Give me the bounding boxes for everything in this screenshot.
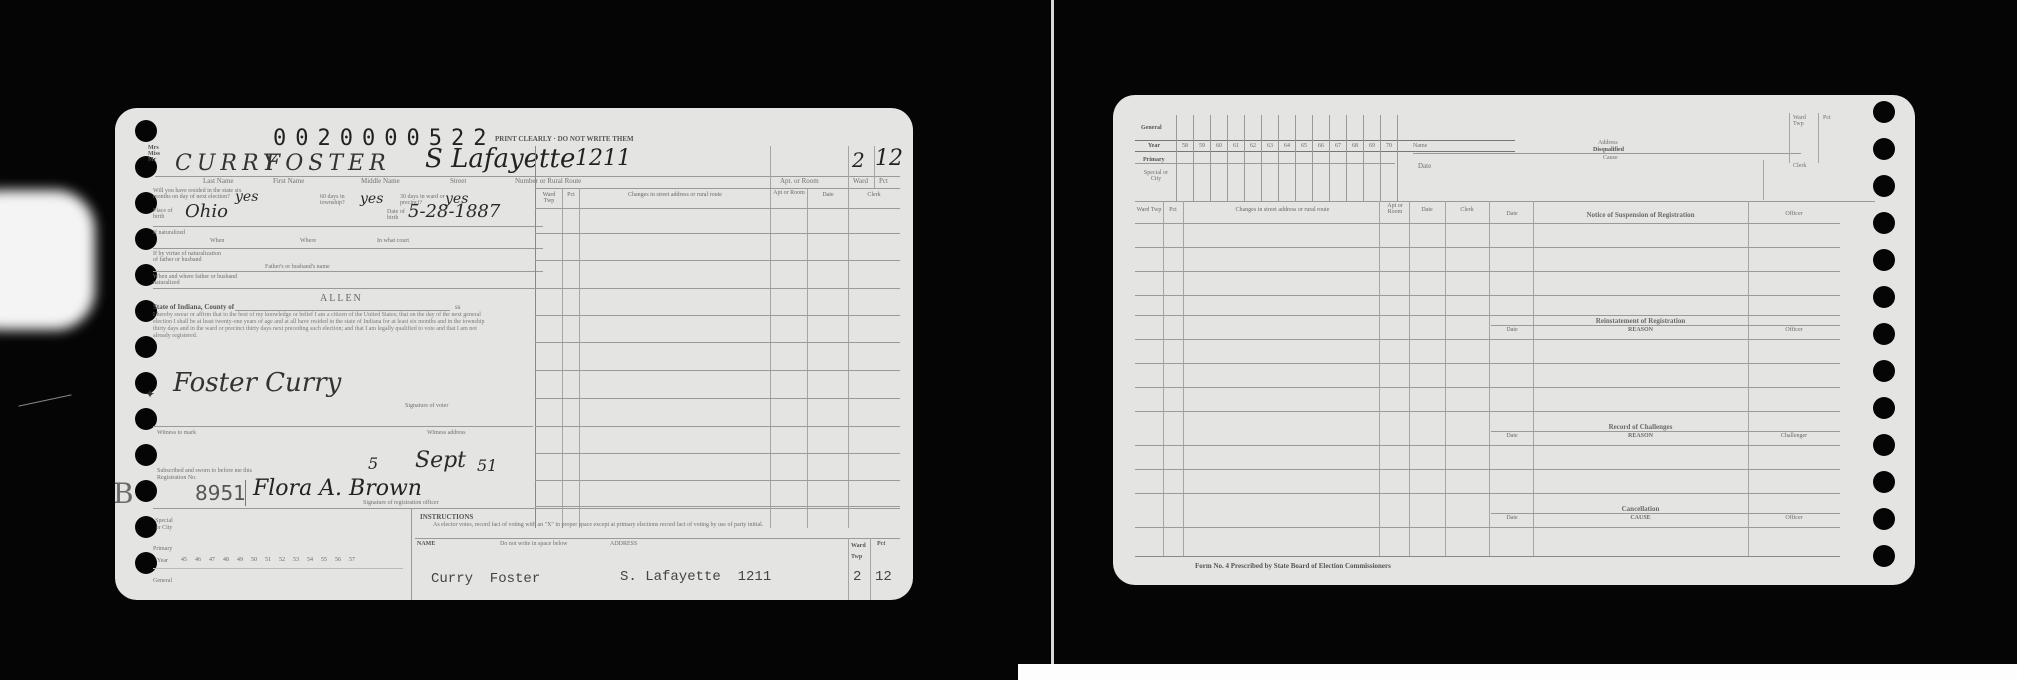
rule	[1763, 160, 1764, 200]
grid-line	[535, 233, 900, 234]
punch-hole	[135, 552, 157, 574]
back-cause-label: Cause	[1603, 155, 1618, 161]
row-year: Year	[157, 558, 168, 564]
naturalized-where-label: Where	[300, 238, 316, 244]
grid-line	[1135, 411, 1840, 412]
col-pct: Pct	[563, 192, 579, 198]
year-cell: 67	[1329, 115, 1346, 201]
cancellation-title: Cancellation	[1533, 505, 1748, 513]
year-cell: 61	[1227, 115, 1244, 201]
grid-line	[874, 146, 875, 188]
reinstatement-reason-label: REASON	[1533, 327, 1748, 333]
rule	[870, 538, 871, 600]
grid-line	[1489, 201, 1490, 556]
registration-letter: B	[115, 480, 134, 508]
header-instruction: PRINT CLEARLY · DO NOT WRITE THEM	[495, 136, 634, 143]
street-value: S Lafayette	[425, 146, 575, 172]
year-cell: 48	[219, 557, 233, 563]
col-clerk: Clerk	[849, 192, 899, 198]
last-name-label: Last Name	[203, 178, 234, 185]
footer-pct-label: Pct	[877, 541, 885, 547]
grid-line	[579, 188, 580, 528]
arrow-marker-icon: ✦	[145, 388, 155, 400]
film-scratch	[18, 394, 71, 406]
back-name-label: Name	[1413, 143, 1427, 149]
rule	[245, 480, 246, 506]
year-cell: 69	[1363, 115, 1380, 201]
grid-line	[1379, 201, 1380, 556]
place-of-birth-label: Place of birth	[153, 208, 183, 220]
date-of-birth-value: 5-28-1887	[408, 203, 500, 221]
punch-hole	[1873, 397, 1895, 419]
grid-line	[1409, 201, 1410, 556]
first-name-label: First Name	[273, 178, 304, 185]
rule	[1413, 153, 1801, 154]
punch-hole	[1873, 471, 1895, 493]
row-special-city: Special or City	[153, 518, 175, 532]
grid-line	[535, 146, 536, 528]
grid-line	[562, 188, 563, 528]
grid-line	[535, 315, 900, 316]
year-cell: 51	[261, 557, 275, 563]
back-col-changes: Changes in street address or rural route	[1185, 207, 1380, 213]
precinct-value: 12	[875, 148, 903, 170]
year-cell: 64	[1278, 115, 1295, 201]
year-cell: 47	[205, 557, 219, 563]
col-changes: Changes in street address or rural route	[581, 192, 769, 198]
front-year-row: 45 46 47 48 49 50 51 52 53 54 55 56 57	[177, 557, 359, 563]
cancellation-date-label: Date	[1491, 515, 1533, 521]
subscribed-year: 51	[477, 458, 497, 474]
witness-address-label: Witness address	[427, 430, 466, 436]
grid-line	[1533, 201, 1534, 556]
year-cell: 63	[1261, 115, 1278, 201]
year-cell: 62	[1244, 115, 1261, 201]
grid-line	[1135, 247, 1840, 248]
back-clerk-label: Clerk	[1793, 163, 1806, 169]
grid-line	[1135, 493, 1840, 494]
cancellation-cause-label: CAUSE	[1533, 515, 1748, 521]
year-cell: 66	[1312, 115, 1329, 201]
challenges-title: Record of Challenges	[1533, 423, 1748, 431]
grid-line	[535, 342, 900, 343]
back-col-ward-twp: Ward Twp	[1135, 207, 1163, 213]
date-of-birth-label: Date of birth	[387, 209, 409, 221]
grid-line	[535, 480, 900, 481]
footer-name-label: NAME	[417, 541, 435, 547]
naturalized-label: If naturalized	[153, 230, 185, 236]
year-cell: 68	[1346, 115, 1363, 201]
cancellation-officer-label: Officer	[1749, 515, 1839, 521]
rule	[1789, 113, 1790, 163]
suspension-date-label: Date	[1491, 211, 1533, 217]
grid-line	[1491, 325, 1840, 326]
voter-signature: Foster Curry	[173, 370, 341, 396]
punch-hole	[1873, 249, 1895, 271]
year-cell: 59	[1193, 115, 1210, 201]
grid-line	[1748, 201, 1749, 556]
back-date-label: Date	[1418, 163, 1431, 170]
grid-line	[1135, 271, 1840, 272]
grid-line	[1183, 201, 1184, 556]
year-cell: 45	[177, 557, 191, 563]
instructions-text: As elector votes, record fact of voting …	[433, 522, 883, 529]
back-col-clerk: Clerk	[1446, 207, 1488, 213]
rule	[153, 568, 403, 569]
year-cell: 58	[1176, 115, 1193, 201]
rule	[415, 538, 900, 539]
punch-hole	[1873, 175, 1895, 197]
grid-line	[1163, 201, 1164, 556]
rule	[153, 248, 543, 249]
grid-line	[535, 398, 900, 399]
rule	[848, 538, 849, 600]
col-date: Date	[808, 192, 848, 198]
number-label: Number or Rural Route	[515, 178, 581, 185]
residence-question: Will you have resided in the state six m…	[153, 188, 243, 200]
state-county-label: State of Indiana, County of	[153, 304, 234, 311]
suspension-title: Notice of Suspension of Registration	[1533, 211, 1748, 219]
apt-label: Apt. or Room	[780, 178, 819, 185]
witness-mark-label: Witness to mark	[157, 430, 196, 436]
residence-answer: yes	[235, 190, 258, 204]
challenges-reason-label: REASON	[1533, 433, 1748, 439]
punch-hole	[1873, 101, 1895, 123]
rule	[153, 226, 543, 227]
col-apt: Apt or Room	[771, 190, 807, 196]
grid-line	[1135, 363, 1840, 364]
township-answer: yes	[360, 192, 383, 206]
year-cell: 56	[331, 557, 345, 563]
grid-line	[1135, 339, 1840, 340]
grid-line	[535, 370, 900, 371]
rule	[1135, 201, 1875, 202]
ward-label: Ward	[853, 178, 868, 185]
punch-hole	[1873, 212, 1895, 234]
middle-name-label: Middle Name	[361, 178, 400, 185]
year-cell: 50	[247, 557, 261, 563]
year-cell: 60	[1210, 115, 1227, 201]
punch-hole	[1873, 323, 1895, 345]
grid-line	[1491, 431, 1840, 432]
back-col-apt: Apt or Room	[1381, 203, 1409, 215]
grid-line	[1445, 201, 1446, 556]
grid-line	[807, 188, 808, 528]
film-edge-strip	[1018, 664, 2017, 680]
reinstatement-date-label: Date	[1491, 327, 1533, 333]
registration-number: 8951	[195, 483, 246, 503]
house-number-value: 1211	[575, 148, 631, 170]
voter-registration-card-front: 0020000522 PRINT CLEARLY · DO NOT WRITE …	[115, 108, 913, 600]
grid-line	[1491, 513, 1840, 514]
ss-label: ss	[455, 304, 460, 311]
grid-line	[535, 426, 900, 427]
back-col-date: Date	[1410, 207, 1444, 213]
year-cell: 53	[289, 557, 303, 563]
grid-line	[848, 146, 849, 528]
back-row-year: Year	[1148, 143, 1160, 149]
rule	[153, 508, 900, 509]
row-general: General	[153, 578, 172, 584]
grid-line	[1135, 469, 1840, 470]
challenges-date-label: Date	[1491, 433, 1533, 439]
place-of-birth-value: Ohio	[185, 203, 228, 221]
rule	[235, 310, 450, 311]
year-cell: 70	[1380, 115, 1398, 201]
grid-line	[535, 453, 900, 454]
punch-hole	[1873, 545, 1895, 567]
oath-text: I hereby swear or affirm that to the bes…	[153, 312, 493, 340]
year-cell: 65	[1295, 115, 1312, 201]
punch-hole	[1873, 360, 1895, 382]
punch-hole	[135, 120, 157, 142]
salutation-mr: Mr	[148, 157, 156, 163]
back-year-grid: 58 59 60 61 62 63 64 65 66 67 68 69 70	[1176, 115, 1398, 201]
grid-line	[1135, 387, 1840, 388]
col-ward-twp: Ward Twp	[537, 192, 561, 204]
township-question: 60 days in township?	[320, 194, 362, 206]
punch-hole	[135, 444, 157, 466]
registrar-signature: Flora A. Brown	[253, 478, 422, 500]
punch-hole	[1873, 286, 1895, 308]
grid-line	[1135, 445, 1840, 446]
grid-line	[1135, 315, 1840, 316]
challenges-challenger-label: Challenger	[1749, 433, 1839, 439]
instructions-title: INSTRUCTIONS	[420, 514, 473, 521]
row-primary: Primary	[153, 546, 172, 552]
when-where-label: When and where father or husband natural…	[153, 274, 243, 286]
year-cell: 54	[303, 557, 317, 563]
first-name-value: FOSTER	[265, 153, 391, 175]
registrar-label: Signature of registration officer	[363, 500, 439, 506]
footer-address-label: ADDRESS	[610, 541, 637, 547]
footer-address-value: S. Lafayette 1211	[620, 570, 771, 584]
frame-divider	[1051, 0, 1054, 666]
grid-line	[1135, 295, 1840, 296]
year-cell: 49	[233, 557, 247, 563]
naturalized-when-label: When	[210, 238, 224, 244]
footer-name-value: Curry Foster	[431, 572, 540, 586]
back-ward-label: Ward Twp	[1793, 115, 1815, 127]
footer-ward-label: Ward Twp	[851, 541, 869, 563]
rule	[153, 426, 533, 427]
punch-hole	[1873, 138, 1895, 160]
grid-line	[770, 146, 771, 528]
street-label: Street	[450, 178, 466, 185]
subscribed-month: Sept	[415, 450, 466, 472]
back-col-pct: Pct	[1163, 207, 1183, 213]
reinstatement-title: Reinstatement of Registration	[1533, 317, 1748, 325]
year-cell: 46	[191, 557, 205, 563]
punch-hole	[1873, 508, 1895, 530]
rule	[411, 508, 412, 600]
rule	[153, 288, 543, 289]
grid-line	[1135, 527, 1840, 528]
year-cell: 52	[275, 557, 289, 563]
light-glare	[0, 190, 95, 330]
back-address-label: Address	[1598, 140, 1618, 146]
subscribed-day: 5	[368, 456, 378, 472]
grid-line	[535, 188, 900, 189]
year-cell: 55	[317, 557, 331, 563]
year-cell: 57	[345, 557, 359, 563]
punch-hole	[135, 480, 157, 502]
pct-label: Pct	[879, 178, 888, 185]
back-row-general: General	[1141, 125, 1162, 131]
grid-line	[535, 288, 900, 289]
subscribed-label: Subscribed and sworn to before me this	[157, 468, 252, 474]
suspension-officer-label: Officer	[1749, 211, 1839, 217]
back-row-special-city: Special or City	[1143, 170, 1169, 182]
footer-do-not-write-label: Do not write in space below	[500, 541, 567, 547]
rule	[153, 271, 543, 272]
father-husband-label: Father's or husband's name	[265, 264, 330, 270]
footer-pct-value: 12	[875, 570, 892, 584]
reinstatement-officer-label: Officer	[1749, 327, 1839, 333]
grid-line	[535, 260, 900, 261]
back-pct-label: Pct	[1823, 115, 1831, 121]
voter-registration-card-back: General Year Primary Special or City 58 …	[1113, 95, 1915, 585]
naturalized-court-label: In what court	[377, 238, 409, 244]
county-value: ALLEN	[320, 294, 363, 304]
punch-hole	[1873, 434, 1895, 456]
rule	[1818, 113, 1819, 163]
grid-line	[535, 506, 900, 507]
ward-value: 2	[852, 150, 865, 170]
form-footer: Form No. 4 Prescribed by State Board of …	[1195, 563, 1391, 570]
registration-label: Registration No.	[157, 475, 197, 481]
grid-line	[1135, 556, 1840, 557]
grid-line	[535, 208, 900, 209]
derivative-label: If by virtue of naturalization of father…	[153, 251, 223, 263]
grid-line	[1135, 223, 1840, 224]
footer-ward-value: 2	[853, 570, 861, 584]
voter-signature-label: Signature of voter	[405, 403, 448, 409]
